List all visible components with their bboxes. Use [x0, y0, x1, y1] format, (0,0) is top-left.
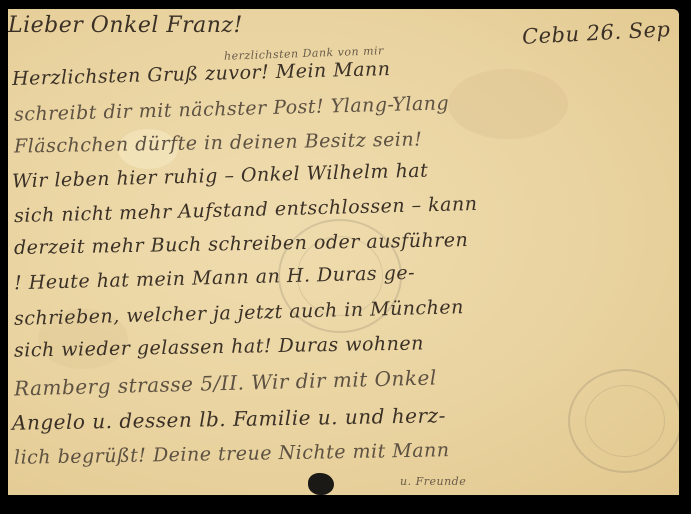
paper-stain: [448, 69, 568, 139]
ink-blot: [308, 473, 334, 495]
letter-line: Ramberg strasse 5/II. Wir dir mit Onkel: [14, 365, 437, 400]
letter-line: schrieben, welcher ja jetzt auch in Münc…: [14, 296, 464, 330]
letter-line: Angelo u. dessen lb. Familie u. und herz…: [12, 403, 446, 435]
postmark-stamp: [568, 369, 679, 473]
salutation: Lieber Onkel Franz!: [8, 13, 243, 38]
letter-line: derzeit mehr Buch schreiben oder ausführ…: [14, 229, 469, 259]
letter-line: sich wieder gelassen hat! Duras wohnen: [14, 332, 424, 361]
bottom-note: u. Freunde: [400, 475, 466, 488]
place-date: Cebu 26. Sep: [521, 17, 671, 49]
postcard: Lieber Onkel Franz! Cebu 26. Sep herzlic…: [8, 9, 679, 495]
letter-line: Fläschchen dürfte in deinen Besitz sein!: [14, 128, 423, 157]
letter-line: Wir leben hier ruhig – Onkel Wilhelm hat: [12, 160, 429, 193]
letter-line: Herzlichsten Gruß zuvor! Mein Mann: [12, 58, 391, 90]
letter-line: sich nicht mehr Aufstand entschlossen – …: [14, 193, 478, 227]
letter-line: schreibt dir mit nächster Post! Ylang-Yl…: [14, 92, 450, 125]
letter-line: lich begrüßt! Deine treue Nichte mit Man…: [14, 439, 450, 469]
